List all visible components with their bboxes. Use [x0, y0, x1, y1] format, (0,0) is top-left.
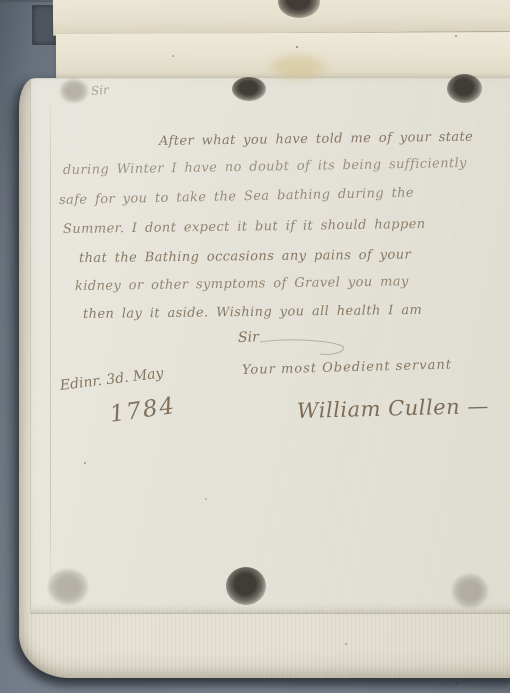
salutation: Sir — [91, 83, 110, 98]
signature: William Cullen — — [297, 394, 489, 423]
ink-blot-bottom-left — [48, 569, 88, 605]
photograph-of-letter: Sir After what you have told me of your … — [0, 0, 510, 693]
closing-address: Sir — [238, 329, 259, 346]
paper-texture — [19, 612, 510, 676]
ink-blot-seam-left — [60, 79, 88, 103]
ink-blot-seam-right — [447, 74, 482, 103]
pen-flourish — [258, 336, 348, 360]
ink-blot-bottom-right — [452, 574, 488, 608]
dirt-specks — [0, 0, 2, 2]
ink-blot-seam-center — [232, 77, 266, 101]
ink-blot-bottom-center — [226, 567, 266, 605]
paper-stain — [266, 52, 330, 82]
fold-crease — [50, 86, 51, 604]
